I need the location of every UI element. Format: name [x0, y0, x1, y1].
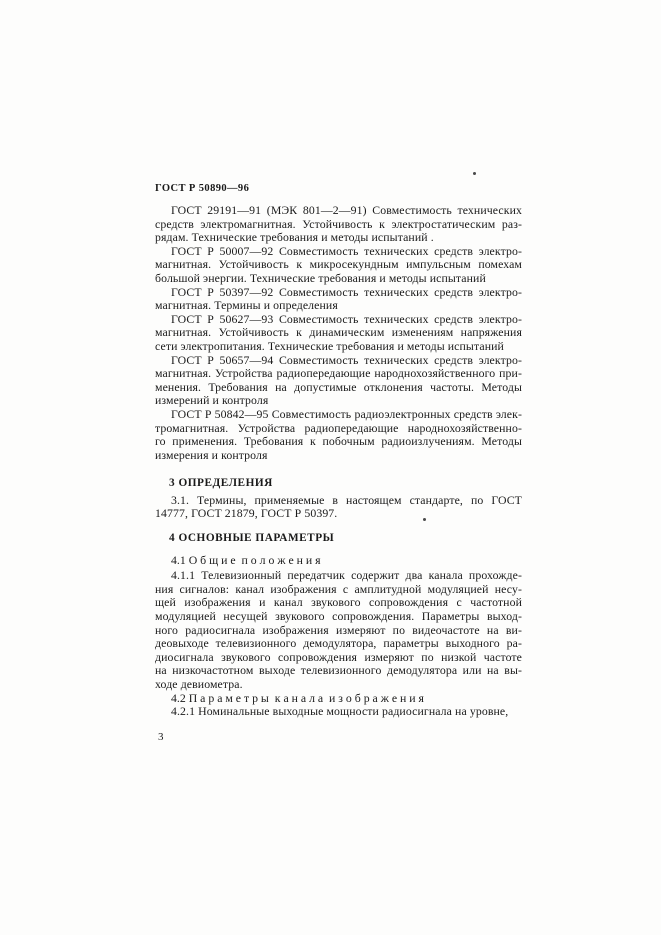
- text-line: 4.2.1 Номинальные выходные мощности ради…: [155, 705, 522, 719]
- subsection-4-2-heading: 4.2 П а р а м е т р ы к а н а л а и з о …: [155, 692, 522, 706]
- subsection-4-1-heading: 4.1 О б щ и е п о л о ж е н и я: [155, 554, 522, 568]
- reference-paragraph-gost-r-50657: ГОСТ Р 50657—94 Совместимость технически…: [155, 354, 522, 408]
- text-line: щей изображения и канал звукового сопров…: [155, 596, 522, 610]
- page-content: ГОСТ 29191—91 (МЭК 801—2—91) Совместимос…: [155, 204, 522, 719]
- reference-paragraph-gost-r-50007: ГОСТ Р 50007—92 Совместимость технически…: [155, 245, 522, 286]
- section-4-heading: 4 ОСНОВНЫЕ ПАРАМЕТРЫ: [155, 532, 522, 546]
- text-line: 14777, ГОСТ 21879, ГОСТ Р 50397.: [155, 507, 522, 521]
- text-line: ГОСТ Р 50842—95 Совместимость радиоэлект…: [155, 408, 522, 422]
- text-line: менения. Требования на допустимые отклон…: [155, 381, 522, 395]
- document-page: ГОСТ Р 50890—96 ГОСТ 29191—91 (МЭК 801—2…: [0, 0, 661, 935]
- text-line: ного радиосигнала изображения измеряют п…: [155, 624, 522, 638]
- text-line: измерений и контроля: [155, 394, 522, 408]
- text-line: ГОСТ 29191—91 (МЭК 801—2—91) Совместимос…: [155, 204, 522, 218]
- running-header: ГОСТ Р 50890—96: [155, 183, 249, 194]
- text-line: ходе девиометра.: [155, 678, 522, 692]
- text-line: тромагнитная. Устройства радиопередающие…: [155, 422, 522, 436]
- scan-artifact-dot: [423, 518, 426, 521]
- text-line: рядам. Технические требования и методы и…: [155, 231, 522, 245]
- text-line: магнитная. Устойчивость к микросекундным…: [155, 258, 522, 272]
- text-line: измерения и контроля: [155, 449, 522, 463]
- clause-3-1-paragraph: 3.1. Термины, применяемые в настоящем ст…: [155, 494, 522, 521]
- reference-paragraph-gost-29191: ГОСТ 29191—91 (МЭК 801—2—91) Совместимос…: [155, 204, 522, 245]
- text-line: ГОСТ Р 50627—93 Совместимость технически…: [155, 313, 522, 327]
- text-line: магнитная. Устройства радиопередающие на…: [155, 367, 522, 381]
- text-line: большой энергии. Технические требования …: [155, 272, 522, 286]
- reference-paragraph-gost-r-50627: ГОСТ Р 50627—93 Совместимость технически…: [155, 313, 522, 354]
- text-line: ния сигналов: канал изображения с амплит…: [155, 583, 522, 597]
- text-line: ГОСТ Р 50397—92 Совместимость технически…: [155, 286, 522, 300]
- reference-paragraph-gost-r-50842: ГОСТ Р 50842—95 Совместимость радиоэлект…: [155, 408, 522, 462]
- text-line: средств электромагнитная. Устойчивость к…: [155, 218, 522, 232]
- section-3-heading: 3 ОПРЕДЕЛЕНИЯ: [155, 477, 522, 491]
- scan-artifact-dot: [473, 172, 476, 175]
- text-line: ГОСТ Р 50007—92 Совместимость технически…: [155, 245, 522, 259]
- text-line: магнитная. Устойчивость к динамическим и…: [155, 326, 522, 340]
- clause-4-1-1-paragraph: 4.1.1 Телевизионный передатчик содержит …: [155, 569, 522, 691]
- text-line: сети электропитания. Технические требова…: [155, 340, 522, 354]
- reference-paragraph-gost-r-50397: ГОСТ Р 50397—92 Совместимость технически…: [155, 286, 522, 313]
- text-line: го применения. Требования к побочным рад…: [155, 435, 522, 449]
- text-line: 3.1. Термины, применяемые в настоящем ст…: [155, 494, 522, 508]
- text-line: на низкочастотном выходе телевизионного …: [155, 664, 522, 678]
- text-line: деовыходе телевизионного демодулятора, п…: [155, 637, 522, 651]
- page-number: 3: [158, 731, 164, 743]
- text-line: 4.1.1 Телевизионный передатчик содержит …: [155, 569, 522, 583]
- text-line: модуляцией несущей звукового сопровожден…: [155, 610, 522, 624]
- text-line: магнитная. Термины и определения: [155, 299, 522, 313]
- text-line: ГОСТ Р 50657—94 Совместимость технически…: [155, 354, 522, 368]
- text-line: диосигнала звукового сопровождения измер…: [155, 651, 522, 665]
- clause-4-2-1-paragraph: 4.2.1 Номинальные выходные мощности ради…: [155, 705, 522, 719]
